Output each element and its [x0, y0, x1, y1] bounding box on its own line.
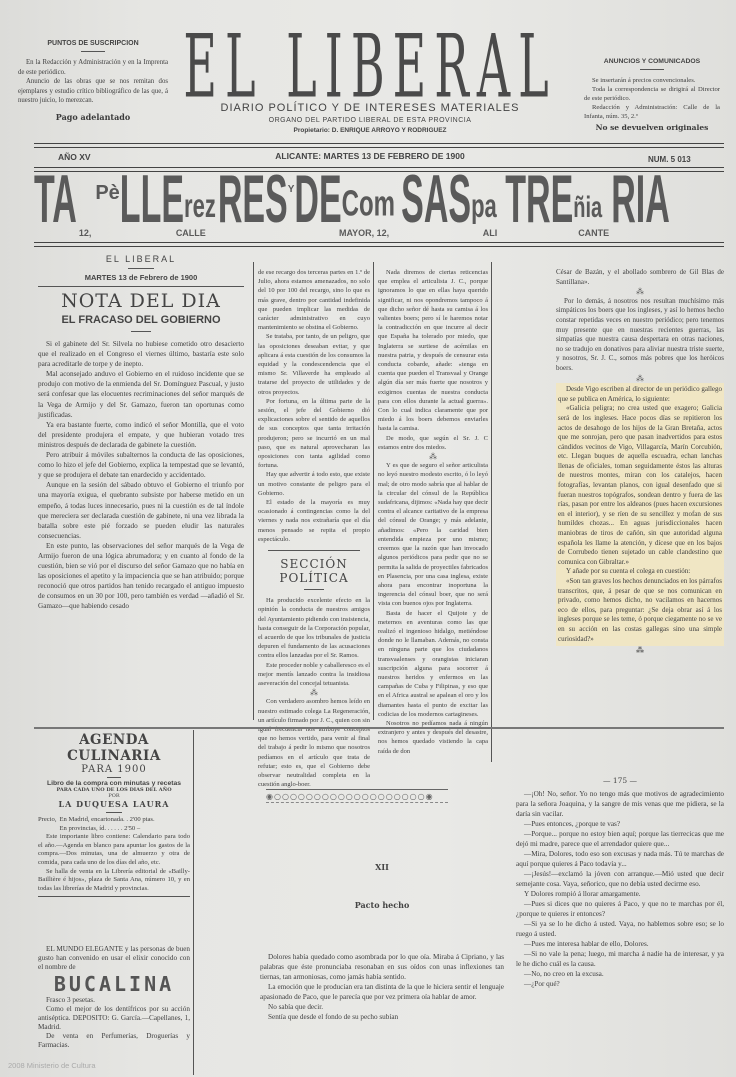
paragraph: El estado de la mayoría es muy ocasionad… — [258, 498, 370, 544]
ad-paragraph: Como el mejor de los dentífricos por su … — [38, 1005, 190, 1032]
banner-word: SAS — [401, 172, 471, 240]
price-label: Precio, — [38, 816, 57, 833]
section-rule — [34, 727, 724, 729]
column-1: EL LIBERAL MARTES 13 de Febrero de 1900 … — [38, 254, 244, 612]
paragraph: Aunque en la sesión del sábado obtuvo el… — [38, 480, 244, 541]
rule — [34, 242, 724, 247]
no-returns-note: No se devuelven originales — [584, 123, 720, 132]
paper-name: EL LIBERAL — [38, 254, 244, 264]
paragraph: —Pues entonces, ¿porque te vas? — [516, 819, 724, 829]
subscription-text-1: En la Redacción y Administración y en la… — [18, 58, 168, 77]
banner-word: pa — [471, 187, 497, 226]
paragraph: Pero atribuir á móviles subalternos la c… — [38, 450, 244, 480]
divider — [81, 51, 105, 52]
divider — [107, 777, 121, 778]
ad-paragraph: De venta en Perfumerías, Droguerías y Fa… — [38, 1032, 190, 1050]
copyright-watermark: 2008 Ministerio de Cultura — [8, 1061, 96, 1070]
paragraph: —¿Por qué? — [516, 979, 724, 989]
paragraph: La emoción que le producían era tan dist… — [260, 982, 504, 1002]
paragraph: de ese recargo dos terceras partes en 1.… — [258, 268, 370, 332]
paragraph: No sabía que decir. — [260, 1002, 504, 1012]
rule — [34, 143, 724, 148]
ads-text-3: Redacción y Administración: Calle de la … — [584, 103, 720, 121]
asterism-icon: ⁂ — [258, 688, 370, 697]
banner-word: TRE — [505, 172, 573, 240]
year-label: AÑO XV — [58, 152, 91, 162]
paragraph: —Si ya se lo he dicho á usted. Vaya, no … — [516, 919, 724, 939]
paragraph: En este punto, las observaciones del señ… — [38, 541, 244, 612]
brand-name: BUCALINA — [38, 972, 190, 996]
divider — [131, 331, 151, 332]
paragraph: Y es que de seguro el señor articulista … — [378, 461, 488, 608]
banner-small: CANTE — [578, 228, 609, 238]
paragraph: —¡Oh! No, señor. Yo no tengo más que mot… — [516, 789, 724, 819]
divider — [268, 550, 360, 551]
asterism-icon: ⁂ — [556, 287, 724, 297]
asterism-icon: ⁂ — [556, 374, 724, 384]
paragraph: De modo, que según el Sr. J. C estamos e… — [378, 434, 488, 452]
ad-line: Libro de la compra con minutas y recetas — [38, 780, 190, 787]
bucalina-ad: EL MUNDO ELEGANTE y las personas de buen… — [38, 945, 190, 1050]
paragraph: Ya era bastante fuerte, como indicó el s… — [38, 420, 244, 450]
banner-word: LLE — [120, 172, 184, 240]
banner-word: RIA — [611, 172, 670, 240]
banner-word: RES — [218, 172, 288, 240]
article-body: Si el gabinete del Sr. Silvela no hubies… — [38, 339, 244, 612]
article-headline: EL FRACASO DEL GOBIERNO — [38, 314, 244, 326]
ads-text-2: Toda la correspondencia se dirigirá al D… — [584, 85, 720, 103]
ad-author: LA DUQUESA LAURA — [38, 799, 190, 809]
paragraph: —Mira, Dolores, todo eso son excusas y n… — [516, 849, 724, 869]
chapter-number: XII — [260, 862, 504, 872]
paragraph: Nosotros no pedíamos nada á ningún extra… — [378, 719, 488, 756]
price-line: En Madrid, encartonada. . 2'00 ptas. — [60, 816, 155, 825]
column-2: de ese recargo dos terceras partes en 1.… — [258, 268, 370, 789]
paragraph: —¡Jesús!—exclamó la jóven con arranque.—… — [516, 869, 724, 889]
dateline: ALICANTE: MARTES 13 DE FEBRERO DE 1900 — [200, 151, 540, 161]
newspaper-page: PUNTOS DE SUSCRIPCION En la Redacción y … — [0, 0, 736, 1077]
banner-word: Y — [288, 184, 295, 195]
paragraph: Si el gabinete del Sr. Silvela no hubies… — [38, 339, 244, 369]
column-rule — [373, 262, 374, 720]
column-3: Nada diremos de ciertas reticencias que … — [378, 268, 488, 756]
banner-small: ALI — [483, 228, 498, 238]
paragraph: Por lo demás, á nosotros nos resultan mu… — [556, 297, 724, 374]
masthead-title-wrap: EL LIBERAL — [180, 34, 560, 98]
subscription-heading: PUNTOS DE SUSCRIPCION — [18, 40, 168, 47]
column-rule — [193, 730, 194, 1075]
divider — [128, 268, 154, 269]
divider — [38, 286, 244, 287]
banner-word: rez — [184, 187, 216, 226]
paragraph: Sentía que desde el fondo de su pecho su… — [260, 1012, 504, 1022]
banner-small: 12, — [79, 228, 92, 238]
paragraph: Desde Vigo escriben al director de un pe… — [558, 385, 722, 404]
serial-story-left: XII Pacto hecho Dolores había quedado co… — [260, 862, 504, 1022]
paragraph: «Son tan graves los hechos denunciados e… — [558, 577, 722, 644]
newspaper-subtitle: DIARIO POLÍTICO Y DE INTERESES MATERIALE… — [180, 102, 560, 114]
serial-story-right: — 175 — —¡Oh! No, señor. Yo no tengo más… — [516, 776, 724, 989]
subscription-box: PUNTOS DE SUSCRIPCION En la Redacción y … — [18, 40, 168, 122]
highlighted-article: Desde Vigo escriben al director de un pe… — [556, 383, 724, 646]
asterism-icon: ⁂ — [378, 452, 488, 461]
ad-year: PARA 1900 — [38, 764, 190, 775]
paragraph: Este proceder noble y caballeresco es el… — [258, 661, 370, 689]
column-4: César de Bazán, y el abollado sombrero d… — [556, 268, 724, 655]
ornamental-border: ◉○○○○○○○○○○○○○○○○○○○◉ — [266, 789, 448, 803]
page-number: — 175 — — [516, 776, 724, 785]
paragraph: Con verdadero asombro hemos leído en nue… — [258, 697, 370, 789]
agenda-culinaria-ad: AGENDA CULINARIA PARA 1900 Libro de la c… — [38, 732, 190, 900]
paragraph: Se trataba, por tanto, de un peligro, qu… — [258, 332, 370, 396]
paragraph: Por fortuna, en la última parte de la se… — [258, 397, 370, 471]
ad-paragraph: Se halla de venta en la Librería editori… — [38, 868, 190, 894]
subscription-text-2: Anuncio de las obras que se nos remitan … — [18, 77, 168, 106]
paragraph: —Si no vale la pena; luego, mi marcha á … — [516, 949, 724, 969]
owner-line: Propietario: D. ENRIQUE ARROYO Y RODRIGU… — [180, 127, 560, 134]
paragraph: «Galicia peligra; no crea usted que exag… — [558, 404, 722, 567]
issue-number: NUM. 5 013 — [648, 155, 691, 164]
banner-small: MAYOR, 12, — [339, 228, 389, 238]
column-rule — [253, 262, 254, 720]
ads-heading: ANUNCIOS Y COMUNICADOS — [584, 58, 720, 65]
chapter-title: Pacto hecho — [260, 900, 504, 910]
paragraph: Y Dolores rompió á llorar amargamente. — [516, 889, 724, 899]
banner-word: Pè — [95, 182, 119, 205]
price-line: En provincias, íd. . . . . . 2'50 – — [60, 825, 155, 834]
section-title: NOTA DEL DIA — [38, 290, 244, 312]
paragraph: Dolores había quedado como asombrada por… — [260, 952, 504, 982]
paragraph: Y añade por su cuenta el colega en cuest… — [558, 567, 722, 577]
issue-date: MARTES 13 de Febrero de 1900 — [38, 273, 244, 282]
banner-word: Com — [342, 184, 395, 226]
ad-intro: EL MUNDO ELEGANTE y las personas de buen… — [38, 945, 190, 972]
chain-ornament-icon: ◉○○○○○○○○○○○○○○○○○○○◉ — [266, 792, 434, 801]
banner-word: DE — [294, 172, 341, 240]
banner-word: ñia — [573, 192, 602, 227]
divider — [38, 896, 190, 897]
paragraph: Nada diremos de ciertas reticencias que … — [378, 268, 488, 434]
section-politica-title: SECCIÓN POLÍTICA — [258, 557, 370, 585]
ads-text-1: Se insertarán á precios convencionales. — [584, 76, 720, 85]
paragraph: Ha producido excelente efecto en la opin… — [258, 596, 370, 660]
column-rule — [491, 262, 492, 762]
newspaper-title: EL LIBERAL — [180, 34, 560, 99]
banner-advertisement: TA 12, Pè LLE rez CALLE RES Y DE Com MAY… — [34, 172, 724, 240]
asterism-icon: ⁂ — [556, 646, 724, 655]
paragraph: Mal aconsejado anduvo el Gobierno en el … — [38, 369, 244, 419]
party-organ-line: ORGANO DEL PARTIDO LIBERAL DE ESTA PROVI… — [180, 117, 560, 124]
divider — [304, 589, 324, 590]
paragraph: —No, no creo en la excusa. — [516, 969, 724, 979]
ads-box: ANUNCIOS Y COMUNICADOS Se insertarán á p… — [584, 58, 720, 132]
divider — [640, 69, 664, 70]
payment-note: Pago adelantado — [18, 112, 168, 122]
paragraph: César de Bazán, y el abollado sombrero d… — [556, 268, 724, 287]
ad-title: AGENDA CULINARIA — [38, 732, 190, 764]
paragraph: Hay que advertir á todo esto, que existe… — [258, 470, 370, 498]
paragraph: —Pues me interesa hablar de ello, Dolore… — [516, 939, 724, 949]
paragraph: —Porque... porque no estoy bien aquí; po… — [516, 829, 724, 849]
divider — [106, 812, 122, 813]
banner-word: TA — [34, 172, 77, 240]
paragraph: Basta de hacer el Quijote y de meternos … — [378, 609, 488, 719]
ad-price: Frasco 3 pesetas. — [38, 996, 190, 1005]
ad-paragraph: Este importante libro contiene: Calendar… — [38, 833, 190, 867]
paragraph: —Pues si dices que no quieres á Paco, y … — [516, 899, 724, 919]
